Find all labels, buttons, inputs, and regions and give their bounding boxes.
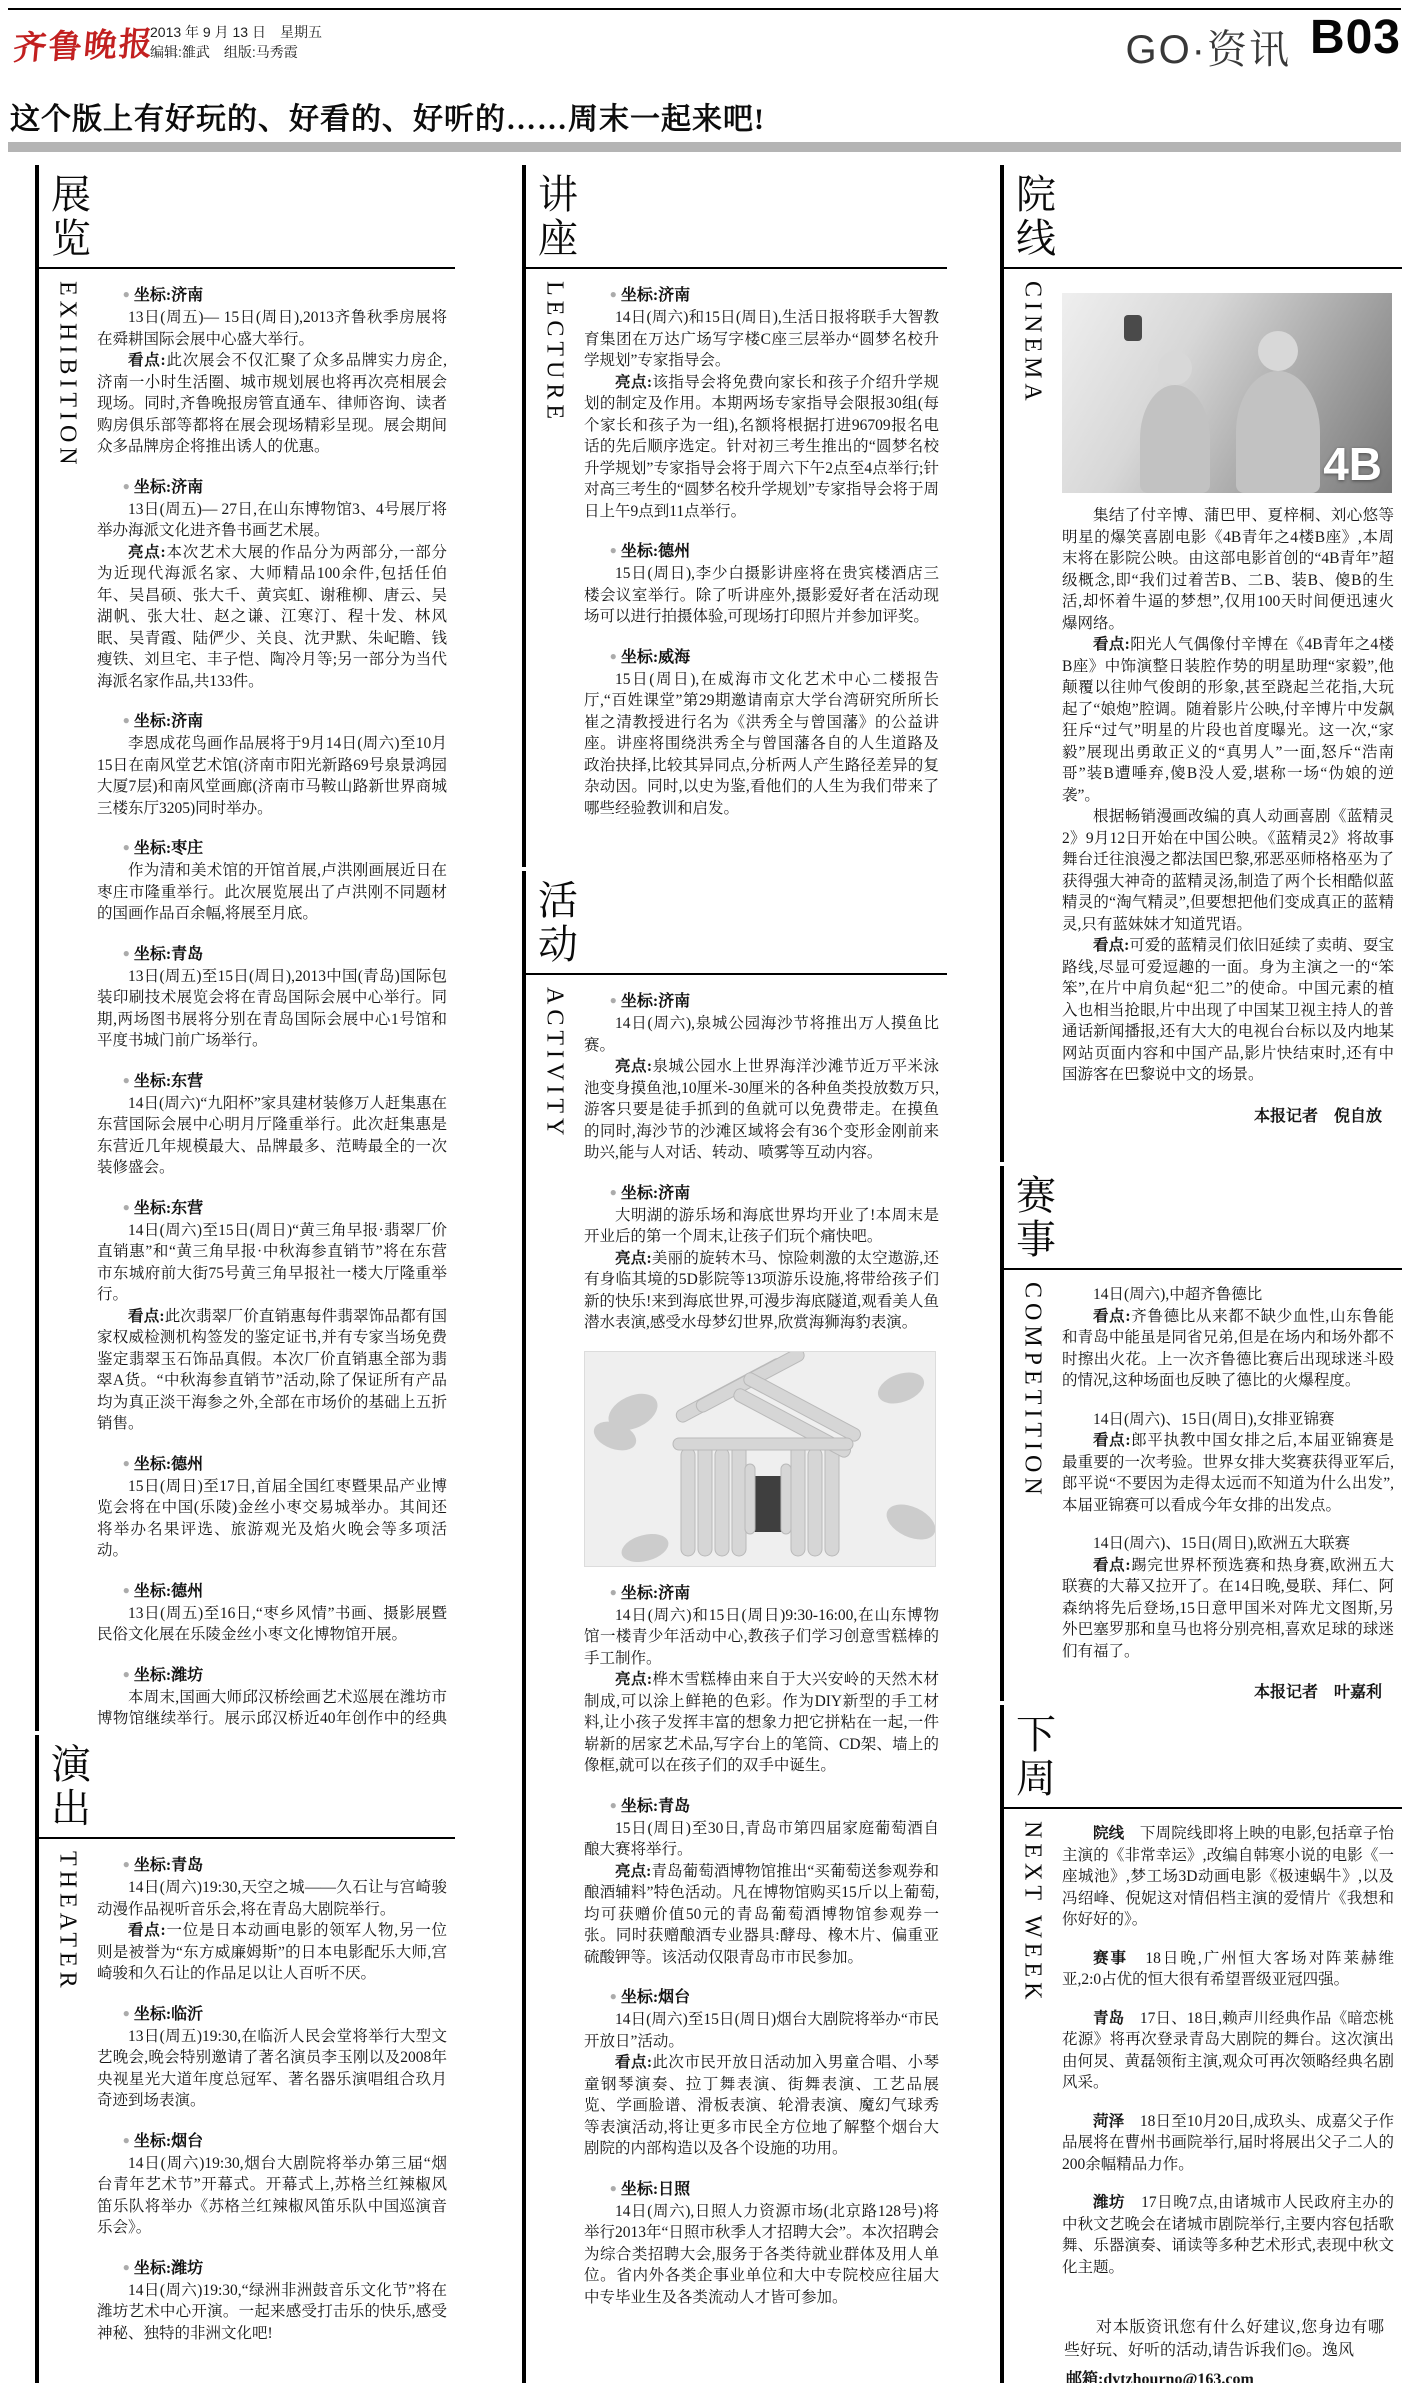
location-label: ●坐标:济南	[610, 1581, 939, 1605]
list-item: ●坐标:烟台14日(周六)19:30,烟台大剧院将举办第三届“烟台青年艺术节”开…	[97, 2129, 447, 2239]
list-item: 集结了付辛博、蒲巴甲、夏梓桐、刘心悠等明星的爆笑喜剧电影《4B青年之4楼B座》,…	[1062, 505, 1394, 1086]
feedback-text: 对本版资讯您有什么好建议,您身边有哪些好玩、好听的活动,请告诉我们◎。逸风	[1064, 2316, 1384, 2362]
location-label: ●坐标:德州	[123, 1579, 447, 1603]
location-label: ●坐标:德州	[610, 539, 939, 563]
column-right: 院线 CINEMA 4B 集结了付辛博、蒲巴甲、夏梓桐、刘心悠等明星	[1000, 165, 1402, 2383]
paragraph: 14日(周六)、15日(周日),女排亚锦赛	[1062, 1409, 1394, 1431]
paragraph: 看点:此次翡翠厂价直销惠每件翡翠饰品都有国家权威检测机构签发的鉴定证书,并有专家…	[97, 1306, 447, 1435]
entry-list: 院线 下周院线即将上映的电影,包括章子怡主演的《非常幸运》,改编自韩寒小说的电影…	[1060, 1821, 1402, 2383]
location-label: ●坐标:临沂	[123, 2002, 447, 2026]
location-label: ●坐标:济南	[123, 283, 447, 307]
paragraph: 看点:踢完世界杯预选赛和热身赛,欧洲五大联赛的大幕又拉开了。在14日晚,曼联、拜…	[1062, 1555, 1394, 1663]
paragraph: 看点:阳光人气偶像付辛博在《4B青年之4楼B座》中饰演整日装腔作势的明星助理“家…	[1062, 634, 1394, 806]
location-label: ●坐标:青岛	[610, 1794, 939, 1818]
location-label: ●坐标:烟台	[123, 2129, 447, 2153]
location-label: ●坐标:东营	[123, 1196, 447, 1220]
labeled-paragraph: 菏泽 18日至10月20日,成玖头、成嘉父子作品展将在曹州书画院举行,届时将展出…	[1062, 2111, 1394, 2176]
section-lecture: 讲座 LECTURE ●坐标:济南14日(周六)和15日(周日),生活日报将联手…	[522, 165, 947, 867]
entry-list: 集结了付辛博、蒲巴甲、夏梓桐、刘心悠等明星的爆笑喜剧电影《4B青年之4楼B座》,…	[1062, 505, 1394, 1126]
location-bullet-icon: ●	[123, 1456, 130, 1470]
list-item: ●坐标:青岛13日(周五)至15日(周日),2013中国(青岛)国际包装印刷技术…	[97, 942, 447, 1052]
newspaper-page: 齐鲁晚报 2013 年 9 月 13 日 星期五 编辑:雒武 组版:马秀霞 GO…	[0, 0, 1409, 2383]
header-meta: 2013 年 9 月 13 日 星期五 编辑:雒武 组版:马秀霞	[150, 22, 322, 62]
paragraph: 李恩成花鸟画作品展将于9月14日(周六)至10月15日在南风堂艺术馆(济南市阳光…	[97, 733, 447, 819]
paragraph: 亮点:泉城公园水上世界海洋沙滩节近万平米泳池变身摸鱼池,10厘米-30厘米的各种…	[584, 1056, 939, 1164]
craft-sticks-photo	[584, 1351, 936, 1567]
location-bullet-icon: ●	[610, 543, 617, 557]
section-title-en: EXHIBITION	[54, 281, 81, 741]
list-item: ●坐标:青岛14日(周六)19:30,天空之城——久石让与宫崎骏动漫作品视听音乐…	[97, 1853, 447, 1985]
section-title-en: NEXT WEEK	[1019, 1821, 1046, 2281]
location-bullet-icon: ●	[610, 2181, 617, 2195]
paragraph: 14日(周六)19:30,天空之城——久石让与宫崎骏动漫作品视听音乐会,将在青岛…	[97, 1877, 447, 1920]
paragraph: 14日(周六),日照人力资源市场(北京路128号)将举行2013年“日照市秋季人…	[584, 2201, 939, 2309]
section-rule-horizontal	[1004, 1268, 1402, 1270]
paragraph: 15日(周日)至17日,首届全国红枣暨果品产业博览会将在中国(乐陵)金丝小枣交易…	[97, 1476, 447, 1562]
location-bullet-icon: ●	[123, 840, 130, 854]
list-item: ●坐标:威海15日(周日),在威海市文化艺术中心二楼报告厅,“百姓课堂”第29期…	[584, 645, 939, 820]
location-label: ●坐标:潍坊	[123, 1663, 447, 1687]
list-item: 菏泽 18日至10月20日,成玖头、成嘉父子作品展将在曹州书画院举行,届时将展出…	[1062, 2111, 1394, 2176]
section-rule-vertical	[522, 871, 526, 2383]
section-rule-horizontal	[39, 1837, 455, 1839]
paragraph: 看点:一位是日本动画电影的领军人物,另一位则是被誉为“东方威廉姆斯”的日本电影配…	[97, 1920, 447, 1985]
byline: 本报记者 倪自放	[1062, 1103, 1394, 1126]
paragraph: 13日(周五)至15日(周日),2013中国(青岛)国际包装印刷技术展览会将在青…	[97, 966, 447, 1052]
location-bullet-icon: ●	[610, 287, 617, 301]
section-activity: 活动 ACTIVITY ●坐标:济南14日(周六),泉城公园海沙节将推出万人摸鱼…	[522, 871, 947, 2383]
section-title-cn: 演出	[51, 1735, 109, 1831]
date-line: 2013 年 9 月 13 日 星期五	[150, 22, 322, 42]
paragraph: 大明湖的游乐场和海底世界均开业了!本周末是开业后的第一个周末,让孩子们玩个痛快吧…	[584, 1205, 939, 1248]
section-rule-vertical	[1000, 165, 1004, 1162]
paragraph: 15日(周日)至30日,青岛市第四届家庭葡萄酒自酿大赛将举行。	[584, 1818, 939, 1861]
list-item: 本报记者 倪自放	[1062, 1103, 1394, 1126]
paragraph: 看点:此次展会不仅汇聚了众多品牌实力房企,济南一小时生活圈、城市规划展也将再次亮…	[97, 350, 447, 458]
popsicle-house-illustration	[585, 1352, 935, 1566]
section-cinema: 院线 CINEMA 4B 集结了付辛博、蒲巴甲、夏梓桐、刘心悠等明星	[1000, 165, 1402, 1162]
paragraph: 亮点:青岛葡萄酒博物馆推出“买葡萄送参观券和酿酒辅料”特色活动。凡在博物馆购买1…	[584, 1861, 939, 1969]
list-item: 赛事 18日晚,广州恒大客场对阵莱赫维亚,2:0占优的恒大很有希望晋级亚冠四强。	[1062, 1948, 1394, 1991]
column-left: 展览 EXHIBITION ●坐标:济南13日(周五)— 15日(周日),201…	[35, 165, 455, 2383]
paragraph: 亮点:美丽的旋转木马、惊险刺激的太空遨游,还有身临其境的5D影院等13项游乐设施…	[584, 1248, 939, 1334]
list-item: ●坐标:济南13日(周五)— 27日,在山东博物馆3、4号展厅将举办海派文化进齐…	[97, 475, 447, 693]
section-rule-vertical	[1000, 1166, 1004, 1701]
list-item: ●坐标:济南大明湖的游乐场和海底世界均开业了!本周末是开业后的第一个周末,让孩子…	[584, 1181, 939, 1334]
section-title-en: LECTURE	[541, 281, 568, 741]
section-title-en: CINEMA	[1019, 281, 1046, 741]
location-label: ●坐标:济南	[610, 1181, 939, 1205]
paragraph: 13日(周五)19:30,在临沂人民会堂将举行大型文艺晚会,晚会特别邀请了著名演…	[97, 2026, 447, 2112]
paragraph: 15日(周日),在威海市文化艺术中心二楼报告厅,“百姓课堂”第29期邀请南京大学…	[584, 669, 939, 820]
paragraph: 14日(周六)至15日(周日)“黄三角早报·翡翠厂价直销惠”和“黄三角早报·中秋…	[97, 1220, 447, 1306]
content-area: 展览 EXHIBITION ●坐标:济南13日(周五)— 15日(周日),201…	[0, 165, 1409, 2383]
camcorder-prop	[1124, 315, 1142, 341]
location-label: ●坐标:烟台	[610, 1985, 939, 2009]
location-label: ●坐标:日照	[610, 2177, 939, 2201]
section-rule-horizontal	[1004, 267, 1402, 269]
list-item: ●坐标:济南李恩成花鸟画作品展将于9月14日(周六)至10月15日在南风堂艺术馆…	[97, 709, 447, 819]
labeled-paragraph: 青岛 17日、18日,赖声川经典作品《暗恋桃花源》将再次登录青岛大剧院的舞台。这…	[1062, 2008, 1394, 2094]
masthead-logo: 齐鲁晚报	[12, 18, 157, 70]
list-item: ●坐标:济南14日(周六)和15日(周日)9:30-16:00,在山东博物馆一楼…	[584, 1581, 939, 1777]
list-item: ●坐标:济南13日(周五)— 15日(周日),2013齐鲁秋季房展将在舜耕国际会…	[97, 283, 447, 458]
location-bullet-icon: ●	[610, 1989, 617, 2003]
movie-still-photo: 4B	[1062, 293, 1392, 493]
labeled-paragraph: 赛事 18日晚,广州恒大客场对阵莱赫维亚,2:0占优的恒大很有希望晋级亚冠四强。	[1062, 1948, 1394, 1991]
list-item: 14日(周六),中超齐鲁德比看点:齐鲁德比从来都不缺少血性,山东鲁能和青岛中能虽…	[1062, 1284, 1394, 1392]
person-silhouette	[1258, 331, 1298, 371]
location-bullet-icon: ●	[123, 2260, 130, 2274]
location-bullet-icon: ●	[123, 1200, 130, 1214]
list-item: ●坐标:济南14日(周六),泉城公园海沙节将推出万人摸鱼比赛。亮点:泉城公园水上…	[584, 989, 939, 1164]
paragraph: 14日(周六),泉城公园海沙节将推出万人摸鱼比赛。	[584, 1013, 939, 1056]
list-item: ●坐标:枣庄作为清和美术馆的开馆首展,卢洪刚画展近日在枣庄市隆重举行。此次展览展…	[97, 836, 447, 925]
paragraph: 14日(周六)19:30,“绿洲非洲鼓音乐文化节”将在潍坊艺术中心开演。一起来感…	[97, 2280, 447, 2345]
entry-list: ●坐标:青岛14日(周六)19:30,天空之城——久石让与宫崎骏动漫作品视听音乐…	[95, 1851, 455, 2361]
paragraph: 14日(周六)19:30,烟台大剧院将举办第三届“烟台青年艺术节”开幕式。开幕式…	[97, 2153, 447, 2239]
paragraph: 14日(周六)、15日(周日),欧洲五大联赛	[1062, 1533, 1394, 1555]
location-bullet-icon: ●	[610, 1798, 617, 1812]
location-label: ●坐标:济南	[610, 989, 939, 1013]
paragraph: 看点:可爱的蓝精灵们依旧延续了卖萌、耍宝路线,尽显可爱逗趣的一面。身为主演之一的…	[1062, 935, 1394, 1086]
section-rule-vertical	[35, 165, 39, 1731]
location-bullet-icon: ●	[123, 1667, 130, 1681]
list-item: ●坐标:青岛15日(周日)至30日,青岛市第四届家庭葡萄酒自酿大赛将举行。亮点:…	[584, 1794, 939, 1969]
entry-list: ●坐标:济南14日(周六),泉城公园海沙节将推出万人摸鱼比赛。亮点:泉城公园水上…	[584, 989, 939, 1334]
person-silhouette	[1236, 371, 1320, 493]
divider-bar	[8, 142, 1401, 152]
section-rule-vertical	[35, 1735, 39, 2383]
person-silhouette	[1140, 385, 1210, 493]
list-item: ●坐标:济南14日(周六)和15日(周日),生活日报将联手大智教育集团在万达广场…	[584, 283, 939, 522]
location-bullet-icon: ●	[123, 2006, 130, 2020]
feedback-email: 邮箱:dytzhourno@163.com	[1064, 2366, 1384, 2383]
top-rule	[8, 8, 1401, 10]
section-rule-vertical	[1000, 1705, 1004, 2383]
paragraph: 亮点:本次艺术大展的作品分为两部分,一部分为近现代海派名家、大师精品100余件,…	[97, 542, 447, 693]
paragraph: 14日(周六),中超齐鲁德比	[1062, 1284, 1394, 1306]
paragraph: 14日(周六)和15日(周日)9:30-16:00,在山东博物馆一楼青少年活动中…	[584, 1605, 939, 1670]
location-bullet-icon: ●	[123, 1857, 130, 1871]
entry-list: 4B 集结了付辛博、蒲巴甲、夏梓桐、刘心悠等明星的爆笑喜剧电影《4B青年之4楼B…	[1060, 281, 1402, 1143]
section-exhibition: 展览 EXHIBITION ●坐标:济南13日(周五)— 15日(周日),201…	[35, 165, 455, 1731]
paragraph: 亮点:桦木雪糕棒由来自于大兴安岭的天然木材制成,可以涂上鲜艳的色彩。作为DIY新…	[584, 1669, 939, 1777]
paragraph: 15日(周日),李少白摄影讲座将在贵宾楼酒店三楼会议室举行。除了听讲座外,摄影爱…	[584, 563, 939, 628]
section-title-cn: 讲座	[538, 165, 596, 261]
list-item: ●坐标:德州13日(周五)至16日,“枣乡风情”书画、摄影展暨民俗文化展在乐陵金…	[97, 1579, 447, 1646]
location-bullet-icon: ●	[123, 1073, 130, 1087]
section-title-cn: 赛事	[1016, 1166, 1074, 1262]
movie-title-watermark: 4B	[1323, 437, 1382, 491]
list-item: ●坐标:潍坊14日(周六)19:30,“绿洲非洲鼓音乐文化节”将在潍坊艺术中心开…	[97, 2256, 447, 2345]
paragraph: 本周末,国画大师邱汉桥绘画艺术巡展在潍坊市博物馆继续举行。展示邱汉桥近40年创作…	[97, 1687, 447, 1732]
location-bullet-icon: ●	[610, 1185, 617, 1199]
location-bullet-icon: ●	[610, 649, 617, 663]
list-item: ●坐标:东营14日(周六)至15日(周日)“黄三角早报·翡翠厂价直销惠”和“黄三…	[97, 1196, 447, 1435]
list-item: ●坐标:烟台14日(周六)至15日(周日)烟台大剧院将举办“市民开放日”活动。看…	[584, 1985, 939, 2160]
location-label: ●坐标:济南	[123, 475, 447, 499]
location-label: ●坐标:青岛	[123, 942, 447, 966]
paragraph: 看点:此次市民开放日活动加入男童合唱、小琴童钢琴演奏、拉丁舞表演、街舞表演、工艺…	[584, 2052, 939, 2160]
list-item: 青岛 17日、18日,赖声川经典作品《暗恋桃花源》将再次登录青岛大剧院的舞台。这…	[1062, 2008, 1394, 2094]
list-item: 本报记者 叶嘉利	[1062, 1679, 1394, 1701]
list-item: ●坐标:德州15日(周日),李少白摄影讲座将在贵宾楼酒店三楼会议室举行。除了听讲…	[584, 539, 939, 628]
list-item: ●坐标:日照14日(周六),日照人力资源市场(北京路128号)将举行2013年“…	[584, 2177, 939, 2309]
column-middle: 讲座 LECTURE ●坐标:济南14日(周六)和15日(周日),生活日报将联手…	[522, 165, 947, 2383]
list-item: 14日(周六)、15日(周日),欧洲五大联赛看点:踢完世界杯预选赛和热身赛,欧洲…	[1062, 1533, 1394, 1662]
location-label: ●坐标:潍坊	[123, 2256, 447, 2280]
person-silhouette	[1158, 351, 1192, 385]
paragraph: 14日(周六)至15日(周日)烟台大剧院将举办“市民开放日”活动。	[584, 2009, 939, 2052]
location-label: ●坐标:青岛	[123, 1853, 447, 1877]
entry-list: ●坐标:济南14日(周六)和15日(周日)9:30-16:00,在山东博物馆一楼…	[584, 1581, 939, 2309]
section-competition: 赛事 COMPETITION 14日(周六),中超齐鲁德比看点:齐鲁德比从来都不…	[1000, 1166, 1402, 1701]
section-title-en: ACTIVITY	[541, 987, 568, 1447]
labeled-paragraph: 潍坊 17日晚7点,由诸城市人民政府主办的中秋文艺晚会在诸城市剧院举行,主要内容…	[1062, 2192, 1394, 2278]
paragraph: 作为清和美术馆的开馆首展,卢洪刚画展近日在枣庄市隆重举行。此次展览展出了卢洪刚不…	[97, 860, 447, 925]
section-title-cn: 院线	[1016, 165, 1074, 261]
section-next-week: 下周 NEXT WEEK 院线 下周院线即将上映的电影,包括章子怡主演的《非常幸…	[1000, 1705, 1402, 2383]
page-tagline: 这个版上有好玩的、好看的、好听的……周末一起来吧!	[10, 94, 765, 138]
location-bullet-icon: ●	[123, 287, 130, 301]
paragraph: 13日(周五)至16日,“枣乡风情”书画、摄影展暨民俗文化展在乐陵金丝小枣文化博…	[97, 1603, 447, 1646]
section-title-en: COMPETITION	[1019, 1282, 1046, 1701]
location-label: ●坐标:济南	[123, 709, 447, 733]
labeled-paragraph: 院线 下周院线即将上映的电影,包括章子怡主演的《非常幸运》,改编自韩寒小说的电影…	[1062, 1823, 1394, 1931]
paragraph: 集结了付辛博、蒲巴甲、夏梓桐、刘心悠等明星的爆笑喜剧电影《4B青年之4楼B座》,…	[1062, 505, 1394, 634]
section-theater: 演出 THEATER ●坐标:青岛14日(周六)19:30,天空之城——久石让与…	[35, 1735, 455, 2383]
paragraph: 根据畅销漫画改编的真人动画喜剧《蓝精灵2》9月12日开始在中国公映。《蓝精灵2》…	[1062, 806, 1394, 935]
location-label: ●坐标:威海	[610, 645, 939, 669]
location-label: ●坐标:德州	[123, 1452, 447, 1476]
paragraph: 14日(周六)和15日(周日),生活日报将联手大智教育集团在万达广场写字楼C座三…	[584, 307, 939, 372]
entry-list: ●坐标:济南13日(周五)— 15日(周日),2013齐鲁秋季房展将在舜耕国际会…	[95, 281, 455, 1731]
feedback-note: 对本版资讯您有什么好建议,您身边有哪些好玩、好听的活动,请告诉我们◎。逸风 邮箱…	[1062, 2316, 1394, 2383]
location-label: ●坐标:济南	[610, 283, 939, 307]
section-rule-horizontal	[1004, 1807, 1402, 1809]
list-item: 潍坊 17日晚7点,由诸城市人民政府主办的中秋文艺晚会在诸城市剧院举行,主要内容…	[1062, 2192, 1394, 2278]
location-label: ●坐标:枣庄	[123, 836, 447, 860]
section-rule-horizontal	[526, 267, 947, 269]
section-rule-horizontal	[526, 973, 947, 975]
section-title-en: THEATER	[54, 1851, 81, 2311]
list-item: 14日(周六)、15日(周日),女排亚锦赛看点:郎平执教中国女排之后,本届亚锦赛…	[1062, 1409, 1394, 1517]
byline: 本报记者 叶嘉利	[1062, 1679, 1394, 1701]
section-label: GO·资讯	[1125, 18, 1291, 75]
list-item: 院线 下周院线即将上映的电影,包括章子怡主演的《非常幸运》,改编自韩寒小说的电影…	[1062, 1823, 1394, 1931]
paragraph: 13日(周五)— 27日,在山东博物馆3、4号展厅将举办海派文化进齐鲁书画艺术展…	[97, 499, 447, 542]
section-title-cn: 展览	[51, 165, 109, 261]
staff-line: 编辑:雒武 组版:马秀霞	[150, 42, 322, 62]
list-item: ●坐标:德州15日(周日)至17日,首届全国红枣暨果品产业博览会将在中国(乐陵)…	[97, 1452, 447, 1562]
entry-list: 院线 下周院线即将上映的电影,包括章子怡主演的《非常幸运》,改编自韩寒小说的电影…	[1062, 1823, 1394, 2278]
section-rule-horizontal	[39, 267, 455, 269]
location-label: ●坐标:东营	[123, 1069, 447, 1093]
paragraph: 14日(周六)“九阳杯”家具建材装修万人赶集惠在东营国际会展中心明月厅隆重举行。…	[97, 1093, 447, 1179]
list-item: ●坐标:潍坊本周末,国画大师邱汉桥绘画艺术巡展在潍坊市博物馆继续举行。展示邱汉桥…	[97, 1663, 447, 1732]
location-bullet-icon: ●	[123, 1583, 130, 1597]
entry-list: ●坐标:济南14日(周六)和15日(周日),生活日报将联手大智教育集团在万达广场…	[582, 281, 947, 836]
paragraph: 看点:齐鲁德比从来都不缺少血性,山东鲁能和青岛中能虽是同省兄弟,但是在场内和场外…	[1062, 1306, 1394, 1392]
paragraph: 13日(周五)— 15日(周日),2013齐鲁秋季房展将在舜耕国际会展中心盛大举…	[97, 307, 447, 350]
section-title-cn: 活动	[538, 871, 596, 967]
location-bullet-icon: ●	[123, 946, 130, 960]
page-number: B03	[1310, 10, 1401, 65]
list-item: ●坐标:临沂13日(周五)19:30,在临沂人民会堂将举行大型文艺晚会,晚会特别…	[97, 2002, 447, 2112]
section-rule-vertical	[522, 165, 526, 867]
location-bullet-icon: ●	[123, 2133, 130, 2147]
location-bullet-icon: ●	[610, 993, 617, 1007]
entry-list: 14日(周六),中超齐鲁德比看点:齐鲁德比从来都不缺少血性,山东鲁能和青岛中能虽…	[1060, 1282, 1402, 1701]
location-bullet-icon: ●	[123, 479, 130, 493]
location-bullet-icon: ●	[610, 1585, 617, 1599]
location-bullet-icon: ●	[123, 713, 130, 727]
section-title-cn: 下周	[1016, 1705, 1074, 1801]
entry-list: ●坐标:济南14日(周六),泉城公园海沙节将推出万人摸鱼比赛。亮点:泉城公园水上…	[582, 987, 947, 2325]
paragraph: 看点:郎平执教中国女排之后,本届亚锦赛是最重要的一次考验。世界女排大奖赛获得亚军…	[1062, 1430, 1394, 1516]
paragraph: 亮点:该指导会将免费向家长和孩子介绍升学规划的制定及作用。本期两场专家指导会限报…	[584, 372, 939, 523]
list-item: ●坐标:东营14日(周六)“九阳杯”家具建材装修万人赶集惠在东营国际会展中心明月…	[97, 1069, 447, 1179]
